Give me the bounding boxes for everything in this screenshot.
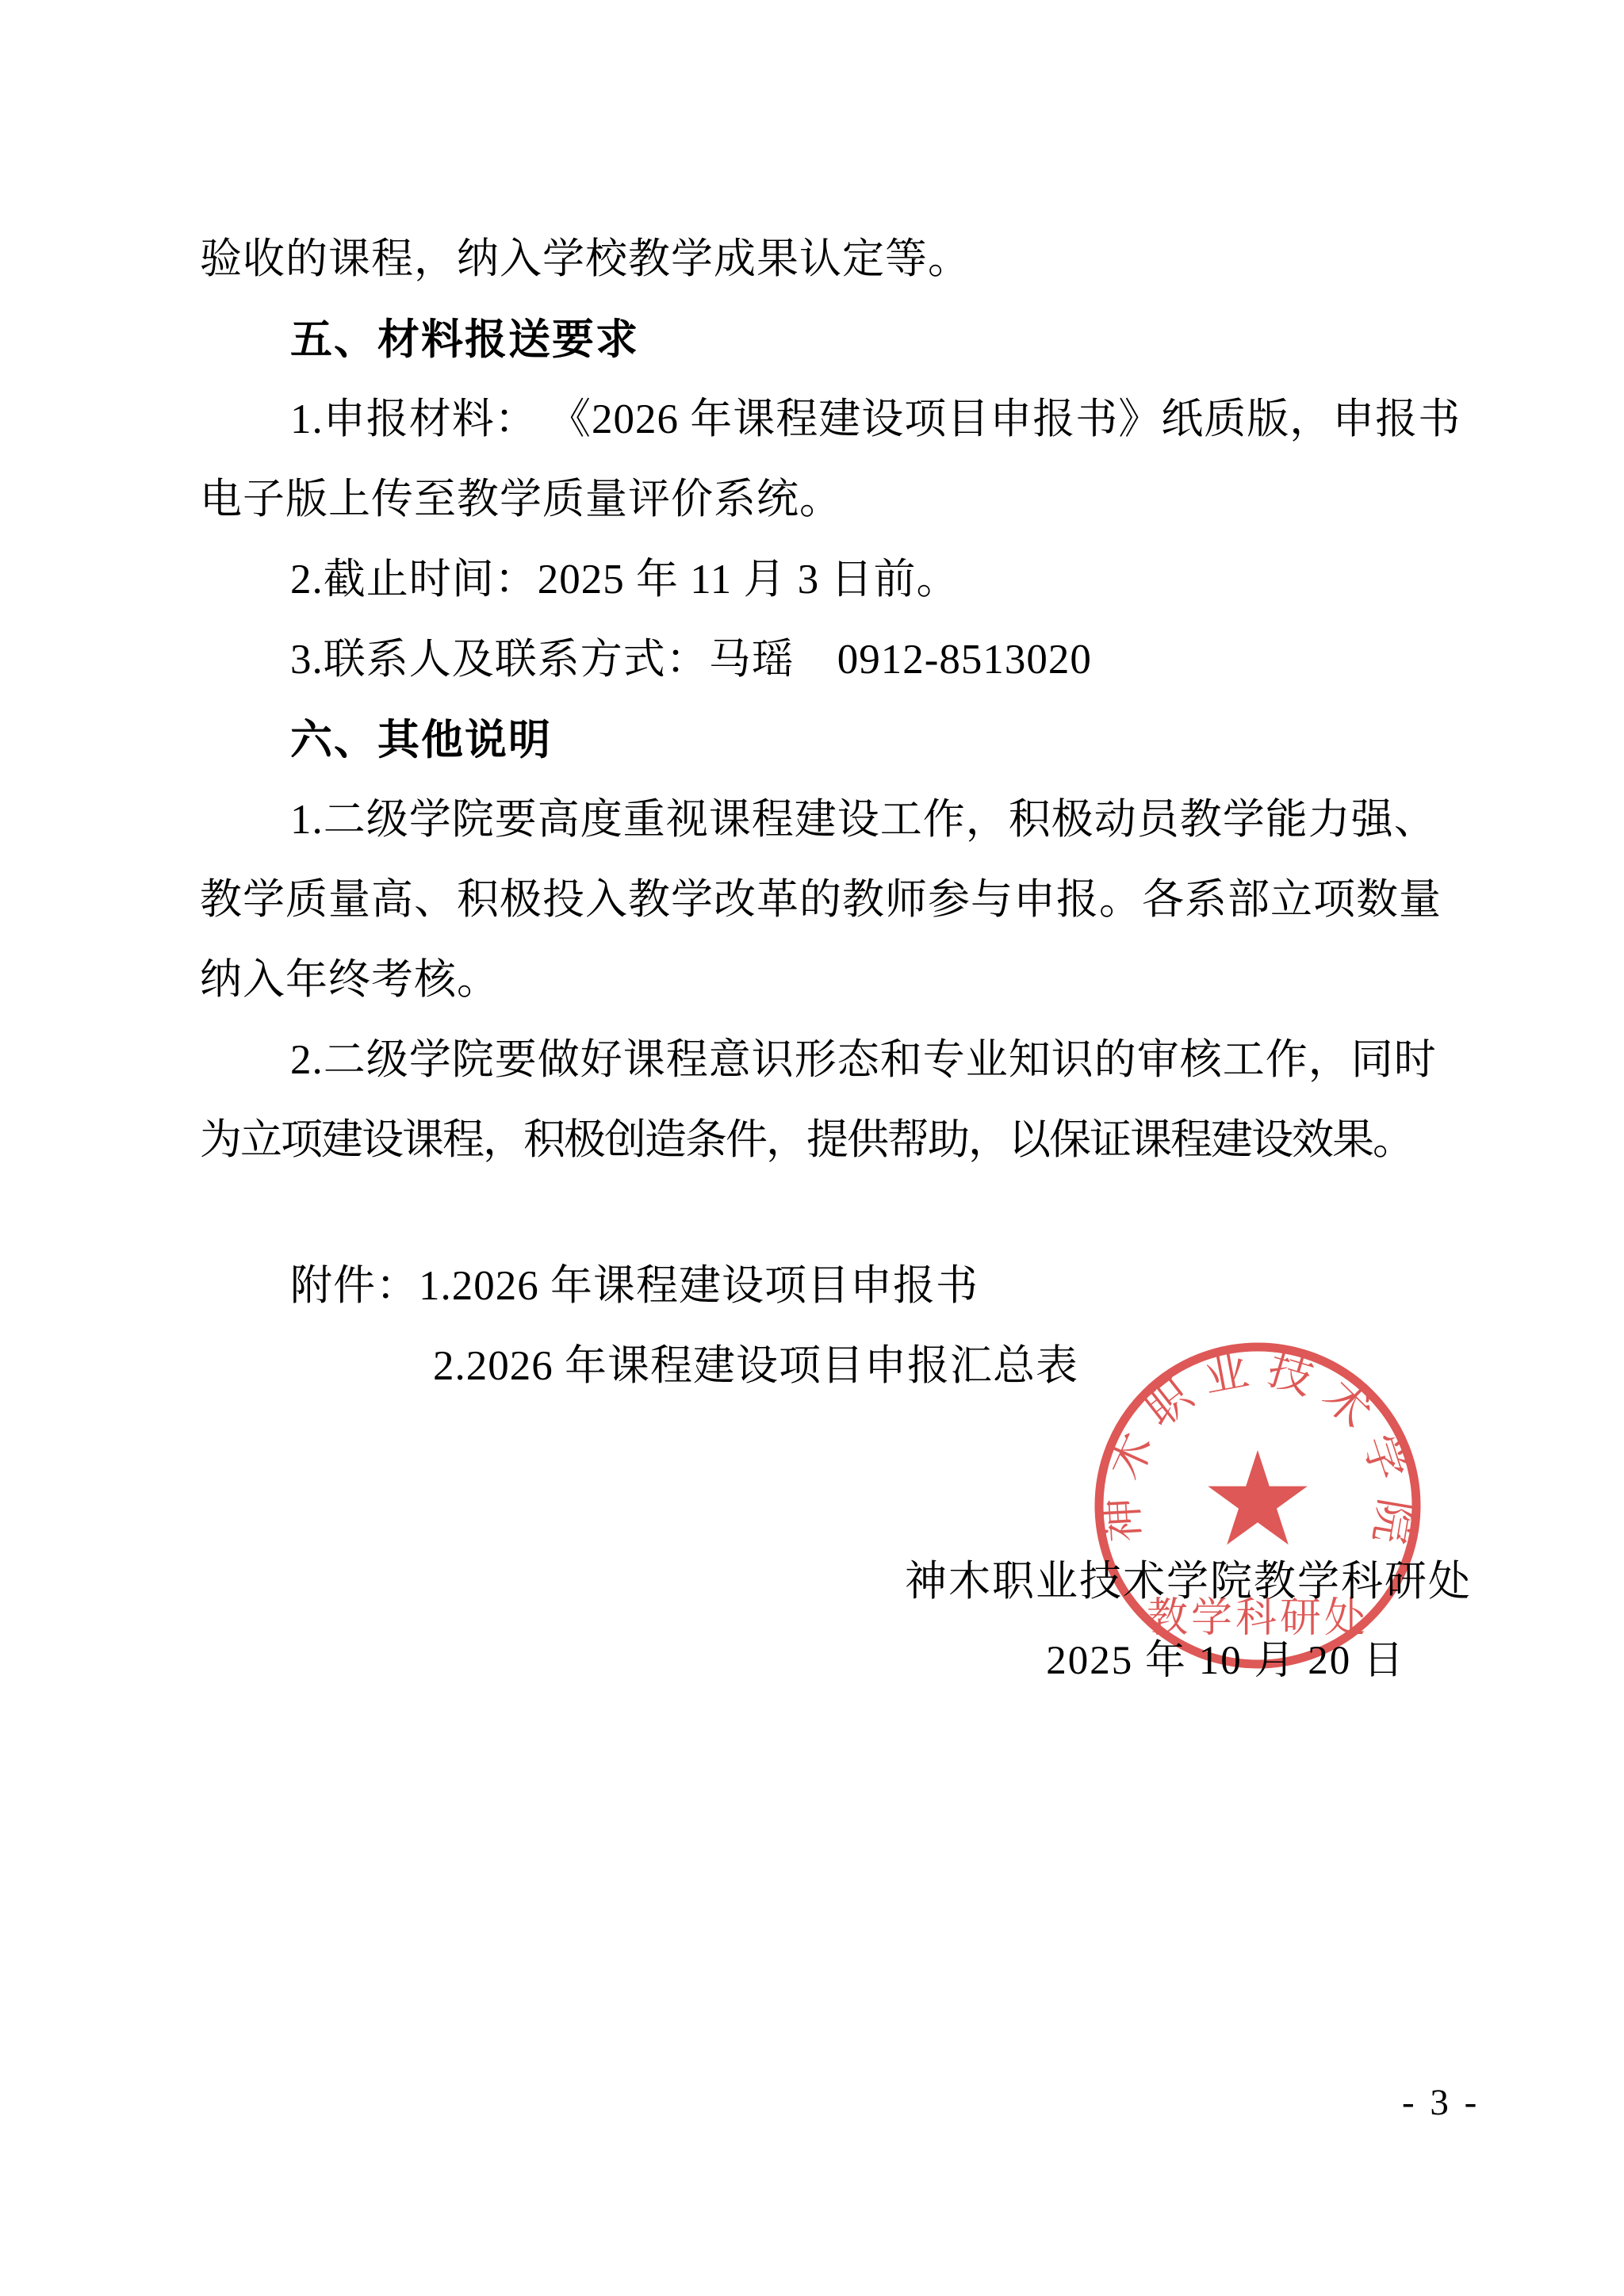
- paragraph-acceptance-continuation: 验收的课程，纳入学校教学成果认定等。: [200, 220, 1441, 300]
- official-seal: 神木职业技术学院 教学科研处: [1090, 1338, 1425, 1673]
- sec5-item3-contact: 3.联系人及联系方式：马瑶 0912-8513020: [200, 620, 1441, 700]
- red-star-icon: [1208, 1450, 1308, 1544]
- sec6-item1-line2: 教学质量高、积极投入教学改革的教师参与申报。各系部立项数量: [200, 860, 1441, 940]
- document-page: 验收的课程，纳入学校教学成果认定等。 五、材料报送要求 1.申报材料： 《202…: [0, 0, 1624, 2296]
- official-seal-graphic: 神木职业技术学院 教学科研处: [1090, 1338, 1425, 1673]
- sec6-item2-line2: 为立项建设课程，积极创造条件，提供帮助，以保证课程建设效果。: [200, 1100, 1441, 1181]
- section-6-heading: 六、其他说明: [200, 700, 1441, 780]
- sec6-item1-line3: 纳入年终考核。: [200, 940, 1441, 1020]
- signature-date: 2025 年 10 月 20 日: [1046, 1627, 1405, 1686]
- sec5-item2-deadline: 2.截止时间：2025 年 11 月 3 日前。: [200, 540, 1441, 620]
- sec6-item2-line1: 2.二级学院要做好课程意识形态和专业知识的审核工作，同时: [200, 1020, 1441, 1100]
- sec5-item1-line2: 电子版上传至教学质量评价系统。: [200, 460, 1441, 540]
- document-body: 验收的课程，纳入学校教学成果认定等。 五、材料报送要求 1.申报材料： 《202…: [200, 220, 1441, 1406]
- blank-gap: [200, 1181, 1441, 1246]
- section-5-heading: 五、材料报送要求: [200, 300, 1441, 380]
- page-number: - 3 -: [1402, 2081, 1480, 2124]
- sec5-item1-line1: 1.申报材料： 《2026 年课程建设项目申报书》纸质版，申报书: [200, 380, 1441, 460]
- attachment-line-1: 附件：1.2026 年课程建设项目申报书: [200, 1246, 1441, 1326]
- sec6-item1-line1: 1.二级学院要高度重视课程建设工作，积极动员教学能力强、: [200, 780, 1441, 860]
- signature-organization: 神木职业技术学院教学科研处: [905, 1548, 1472, 1608]
- seal-arc-text: 神木职业技术学院: [1095, 1342, 1421, 1561]
